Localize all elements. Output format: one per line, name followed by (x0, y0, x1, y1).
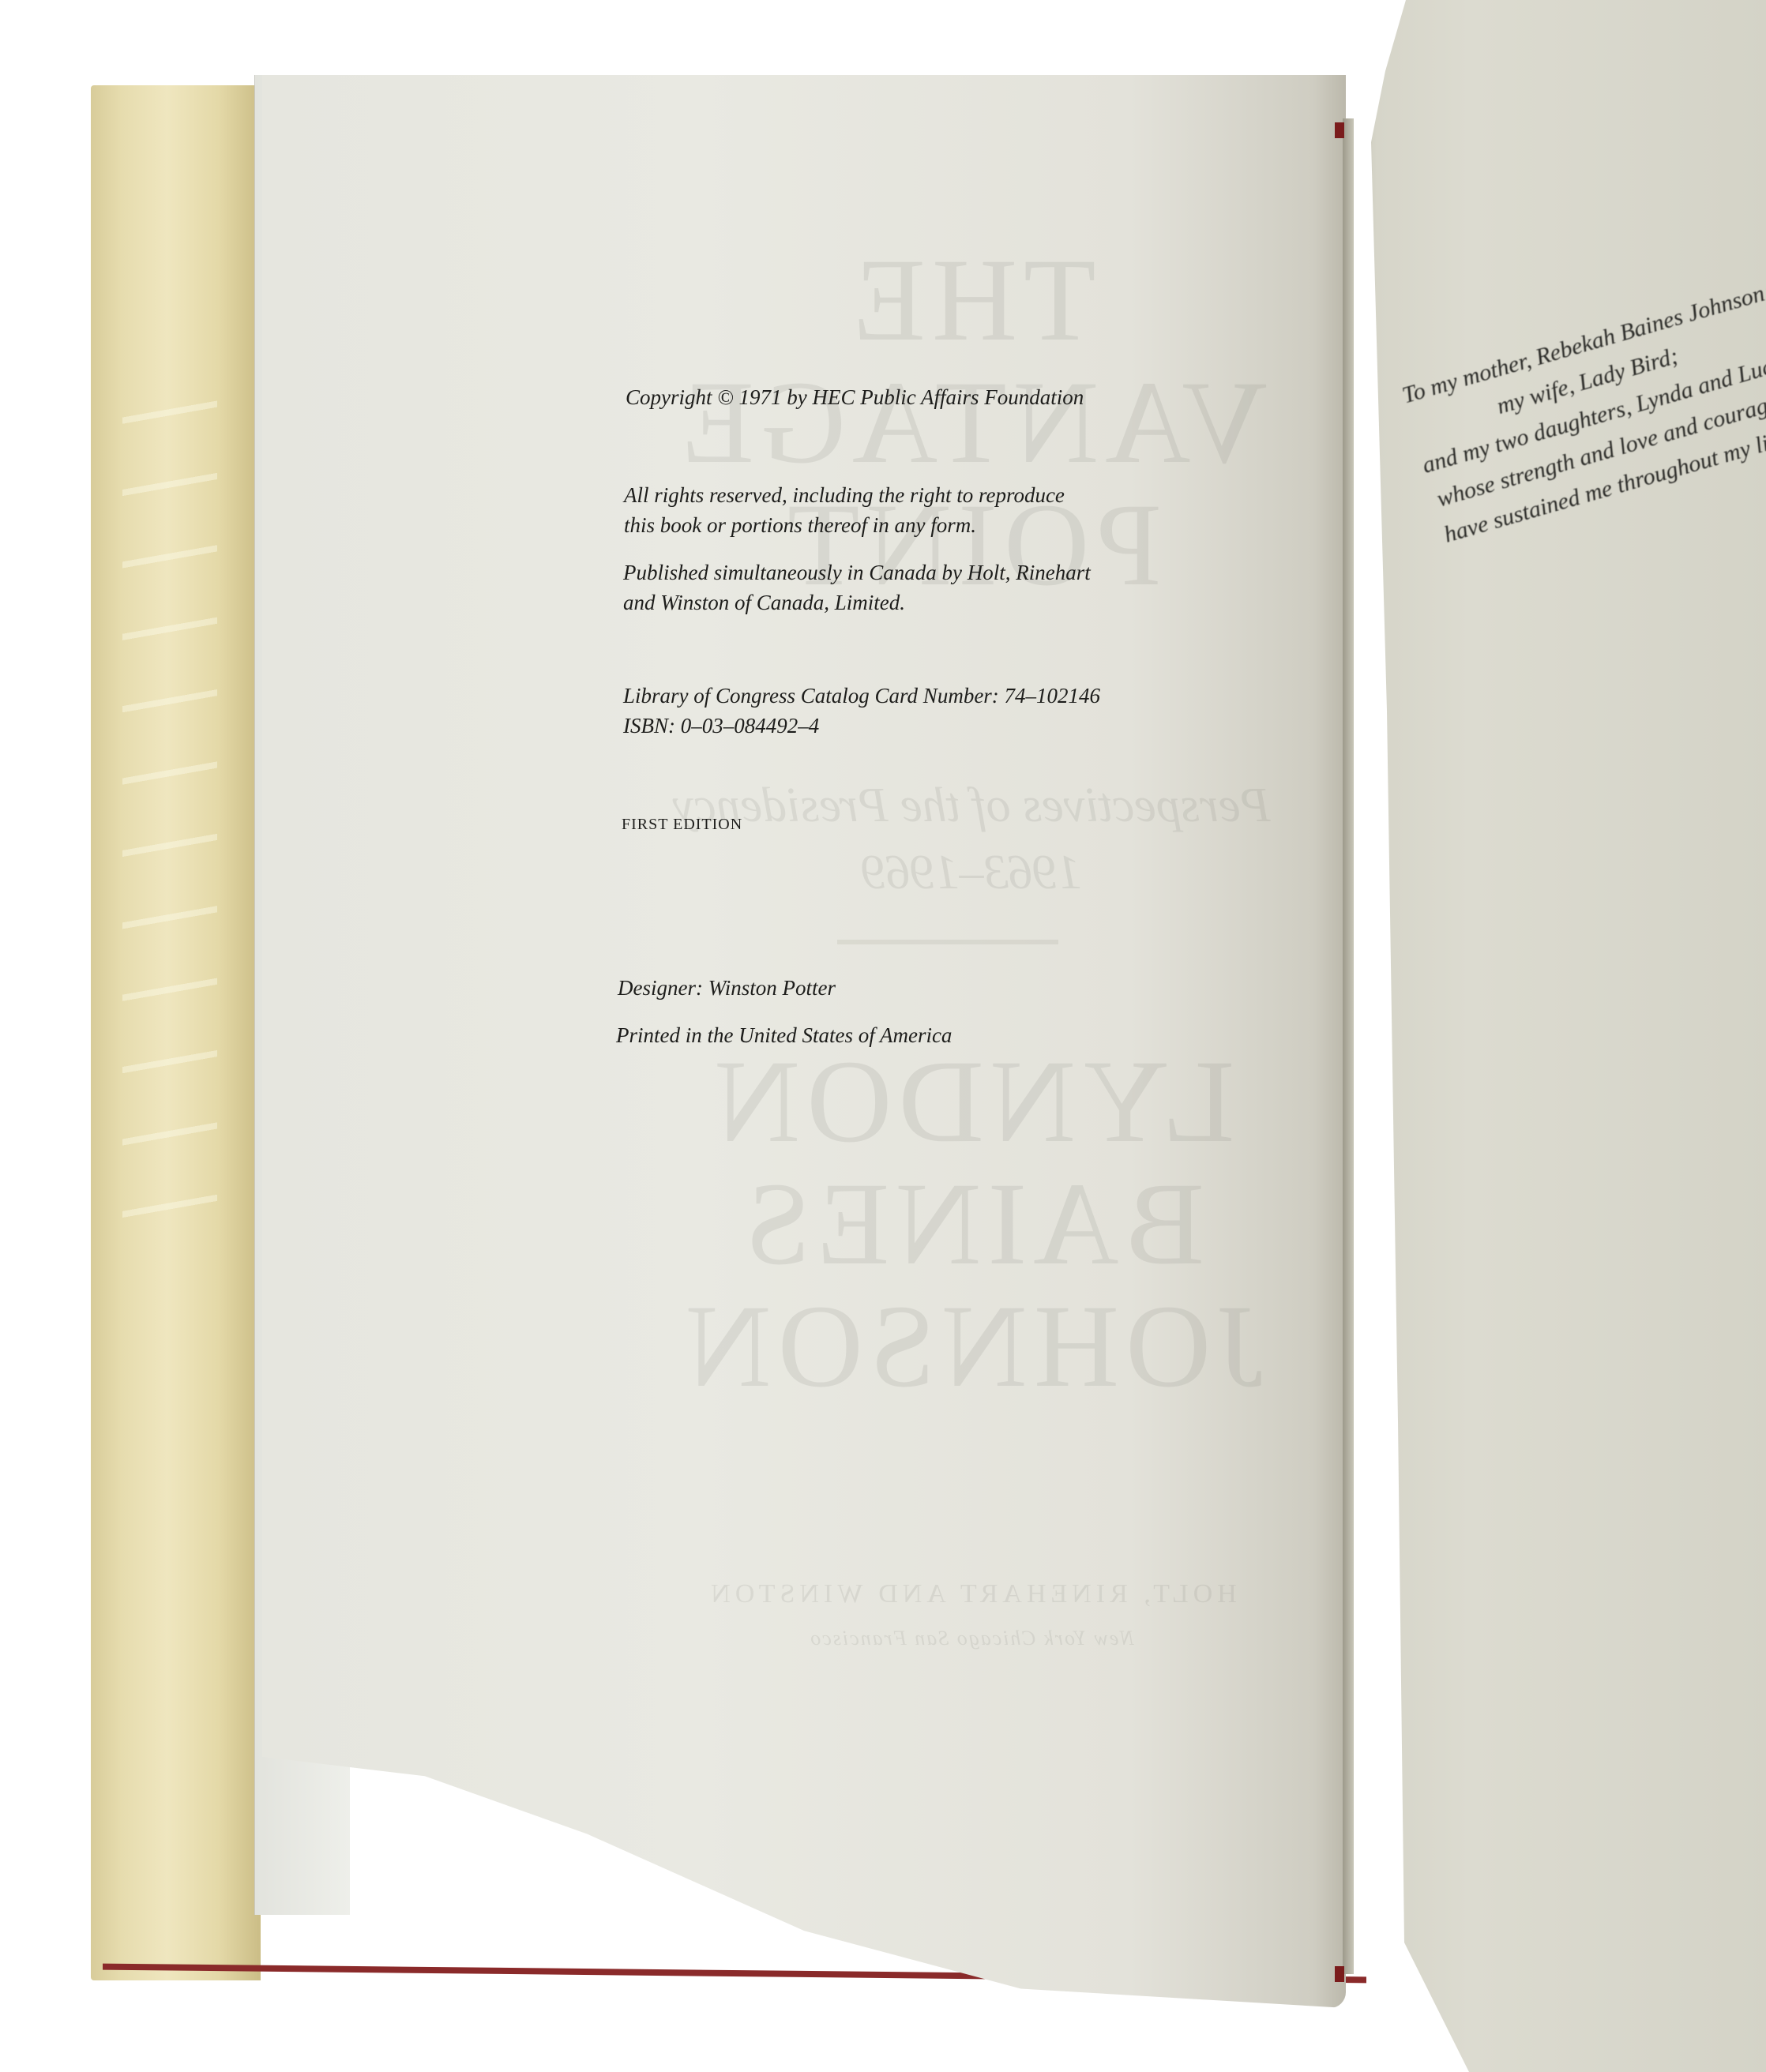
book-gutter (1343, 118, 1354, 1974)
jacket-glare (122, 385, 217, 1254)
lccn-line: Library of Congress Catalog Card Number:… (623, 681, 1100, 711)
binding-corner (1335, 122, 1344, 138)
rights-reserved-line: All rights reserved, including the right… (624, 480, 1065, 510)
rights-reserved-line: this book or portions thereof in any for… (624, 510, 976, 540)
ghost-author-line: BAINES (648, 1165, 1295, 1283)
ghost-author-line: JOHNSON (648, 1287, 1295, 1406)
designer-credit: Designer: Winston Potter (618, 973, 836, 1003)
ghost-author-line: LYNDON (648, 1042, 1295, 1161)
binding-corner (1335, 1966, 1344, 1982)
canada-publication-line: Published simultaneously in Canada by Ho… (623, 557, 1091, 587)
isbn-line: ISBN: 0–03–084492–4 (623, 711, 819, 741)
ghost-years: 1963–1969 (648, 845, 1295, 901)
ghost-title-line: THE (648, 241, 1295, 359)
copyright-notice: Copyright © 1971 by HEC Public Affairs F… (626, 382, 1084, 412)
dust-jacket-flap (91, 85, 261, 1980)
ghost-title-line: VANTAGE (648, 363, 1295, 482)
canada-publication-line: and Winston of Canada, Limited. (623, 587, 905, 617)
ghost-rule (837, 940, 1058, 944)
edition-label: FIRST EDITION (622, 809, 742, 839)
ghost-publisher: HOLT, RINEHART AND WINSTON (648, 1579, 1295, 1609)
ghost-cities: New York Chicago San Francisco (648, 1627, 1295, 1650)
printed-in-line: Printed in the United States of America (616, 1020, 952, 1050)
ghost-subtitle: Perspectives of the Presidency (648, 778, 1295, 834)
